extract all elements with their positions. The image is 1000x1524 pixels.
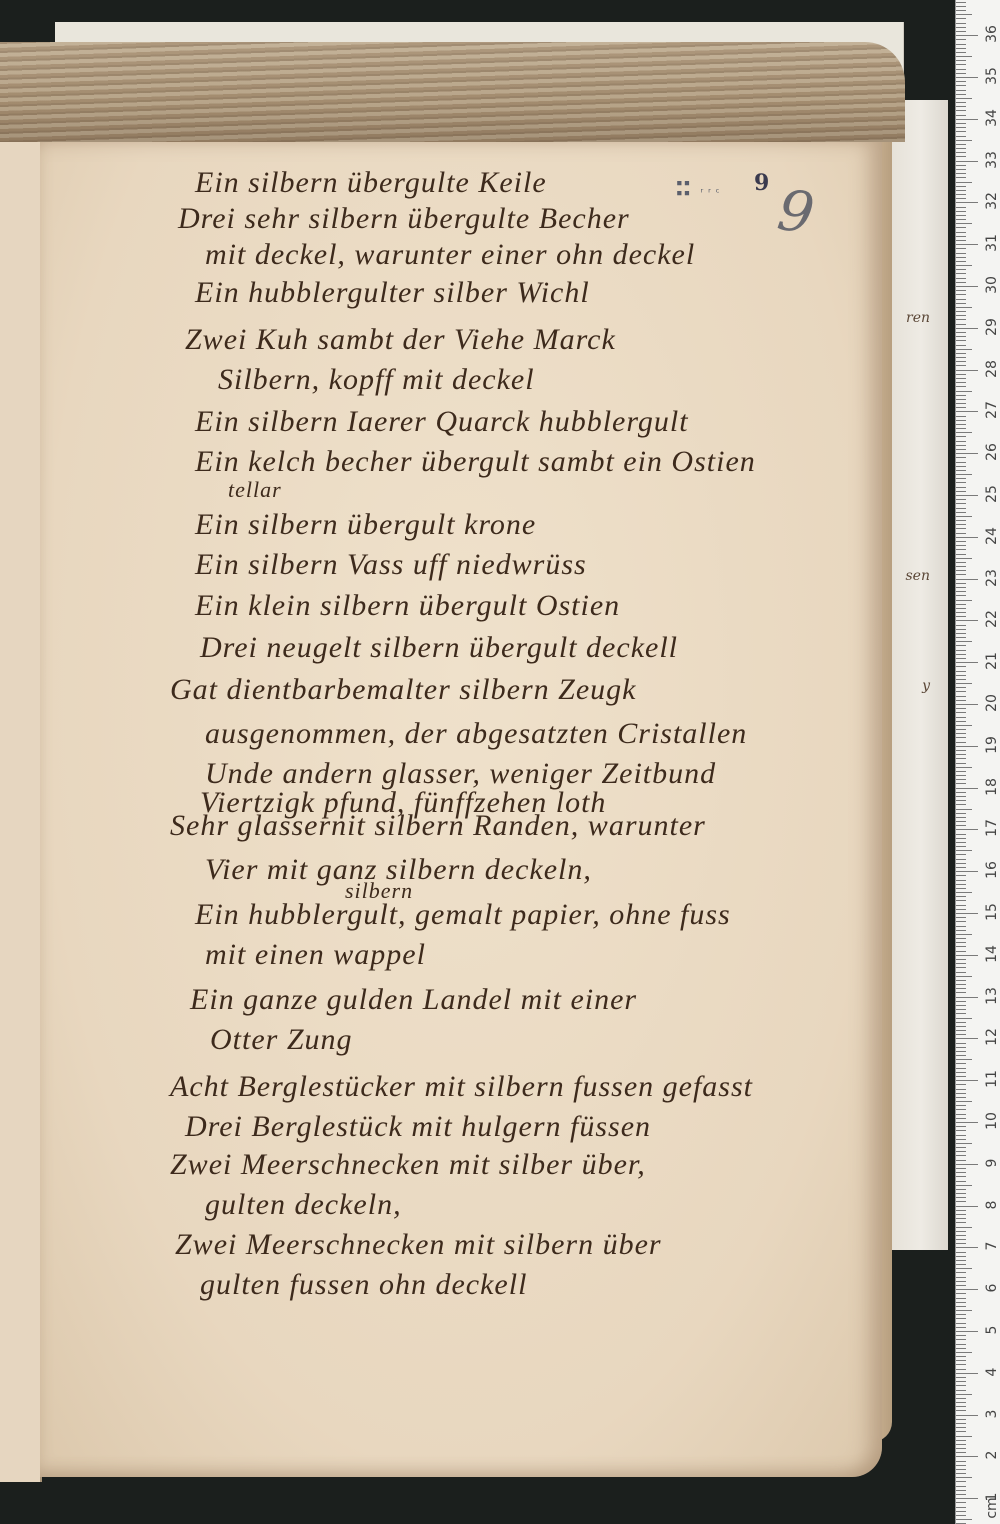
ruler-tick — [956, 382, 966, 383]
ruler-tick — [956, 537, 978, 538]
ruler-tick — [956, 763, 966, 764]
ruler-tick — [956, 863, 966, 864]
ruler-tick — [956, 1080, 978, 1081]
ruler-cm-label: 9 — [984, 1151, 1000, 1175]
ruler-tick — [956, 386, 966, 387]
manuscript-line: Ein silbern Vass uff niedwrüss — [195, 548, 587, 582]
ruler-tick — [956, 938, 966, 939]
ruler-tick — [956, 156, 966, 157]
ruler-tick — [956, 286, 978, 287]
ruler-tick — [956, 675, 966, 676]
ruler-tick — [956, 1147, 966, 1148]
manuscript-line: Ein silbern Iaerer Quarck hubblergult — [195, 405, 689, 439]
ruler-tick — [956, 136, 966, 137]
archive-stamp: ▪▪ ▪▪ ʳʳᶜ — [676, 178, 722, 198]
ruler-tick — [956, 1306, 966, 1307]
ruler-tick — [956, 1101, 972, 1102]
ruler-tick — [956, 834, 966, 835]
manuscript-line: Otter Zung — [210, 1023, 353, 1057]
ruler-tick — [956, 64, 966, 65]
ruler-tick — [956, 533, 966, 534]
ruler-cm-label: 24 — [984, 524, 1000, 548]
ruler-tick — [956, 896, 966, 897]
ruler-tick — [956, 1277, 966, 1278]
manuscript-line: Silbern, kopff mit deckel — [218, 363, 535, 397]
ruler-tick — [956, 1022, 966, 1023]
manuscript-line: gulten deckeln, — [205, 1188, 402, 1222]
ruler-tick — [956, 332, 966, 333]
ruler-cm-label: 28 — [984, 357, 1000, 381]
ruler-tick — [956, 1394, 972, 1395]
ruler-cm-label: 36 — [984, 22, 1000, 46]
ruler-tick — [956, 1456, 978, 1457]
ruler-tick — [956, 1055, 966, 1056]
ruler-tick — [956, 211, 966, 212]
ruler-tick — [956, 499, 966, 500]
ruler-cm-label: 32 — [984, 189, 1000, 213]
ruler-tick — [956, 1026, 966, 1027]
ruler-tick — [956, 746, 978, 747]
ruler-tick — [956, 1289, 978, 1290]
ruler-tick — [956, 930, 966, 931]
ruler-tick — [956, 173, 966, 174]
ruler-tick — [956, 829, 978, 830]
ruler-tick — [956, 148, 966, 149]
ruler-tick — [956, 194, 966, 195]
ruler-tick — [956, 257, 966, 258]
ruler-tick — [956, 1001, 966, 1002]
ruler-tick — [956, 1444, 966, 1445]
ruler-cm-label: 1 — [984, 1485, 1000, 1509]
ruler-cm-label: 12 — [984, 1025, 1000, 1049]
ruler-tick — [956, 69, 966, 70]
manuscript-line: Zwei Meerschnecken mit silbern über — [175, 1228, 662, 1262]
ruler-tick — [956, 311, 966, 312]
ruler-tick — [956, 921, 966, 922]
ruler-tick — [956, 1406, 966, 1407]
manuscript-line: Sehr glassernit silbern Randen, warunter — [170, 809, 706, 843]
ruler-tick — [956, 424, 966, 425]
ruler-tick — [956, 608, 966, 609]
ruler-tick — [956, 884, 966, 885]
manuscript-line: mit einen wappel — [205, 938, 426, 972]
ruler-tick — [956, 244, 978, 245]
ruler-tick — [956, 1093, 966, 1094]
ruler-tick — [956, 411, 978, 412]
ruler-tick — [956, 1364, 966, 1365]
ruler-tick — [956, 733, 966, 734]
ruler-tick — [956, 737, 966, 738]
ruler-tick — [956, 303, 966, 304]
ruler-tick — [956, 1498, 978, 1499]
ruler-tick — [956, 399, 966, 400]
ruler-tick — [956, 269, 966, 270]
ruler-tick — [956, 294, 966, 295]
ruler-tick — [956, 1155, 966, 1156]
ruler-tick — [956, 1348, 966, 1349]
ruler-tick — [956, 1239, 966, 1240]
ruler-tick — [956, 1452, 966, 1453]
ruler-tick — [956, 541, 966, 542]
ruler-tick — [956, 445, 966, 446]
ruler-tick — [956, 1377, 966, 1378]
ruler-tick — [956, 729, 966, 730]
ruler-tick — [956, 800, 966, 801]
ruler-tick — [956, 18, 966, 19]
ruler-tick — [956, 1051, 966, 1052]
ruler-tick — [956, 1490, 966, 1491]
ruler-tick — [956, 1318, 966, 1319]
ruler-tick — [956, 1160, 966, 1161]
ruler-tick — [956, 679, 966, 680]
ruler-tick — [956, 1135, 966, 1136]
ruler-tick — [956, 144, 966, 145]
ruler-tick — [956, 1047, 966, 1048]
ruler-tick — [956, 658, 966, 659]
ruler-tick — [956, 1281, 966, 1282]
ruler-tick — [956, 562, 966, 563]
ruler-tick — [956, 842, 966, 843]
ruler-tick — [956, 892, 972, 893]
ruler-tick — [956, 182, 972, 183]
ruler-tick — [956, 1247, 978, 1248]
ruler-tick — [956, 1118, 966, 1119]
ruler-tick — [956, 219, 966, 220]
ruler-tick — [956, 779, 966, 780]
ruler-tick — [956, 391, 972, 392]
ruler-tick — [956, 825, 966, 826]
ruler-tick — [956, 1235, 966, 1236]
ruler-tick — [956, 416, 966, 417]
ruler-tick — [956, 1494, 966, 1495]
ruler-tick — [956, 955, 978, 956]
ruler-cm-label: 33 — [984, 148, 1000, 172]
ruler-tick — [956, 946, 966, 947]
ruler-tick — [956, 1222, 966, 1223]
ruler-tick — [956, 1256, 966, 1257]
ruler-tick — [956, 771, 966, 772]
ruler-tick — [956, 620, 978, 621]
ruler-tick — [956, 1005, 966, 1006]
ruler-tick — [956, 1356, 966, 1357]
ruler-tick — [956, 44, 966, 45]
ruler-tick — [956, 1105, 966, 1106]
ruler-tick — [956, 645, 966, 646]
ruler-cm-label: 16 — [984, 858, 1000, 882]
ruler-tick — [956, 1185, 972, 1186]
ruler-tick — [956, 524, 966, 525]
ruler-cm-label: 5 — [984, 1318, 1000, 1342]
ruler-tick — [956, 992, 966, 993]
ruler-tick — [956, 951, 966, 952]
ruler-cm-label: 10 — [984, 1109, 1000, 1133]
ruler-tick — [956, 299, 966, 300]
ruler-tick — [956, 370, 978, 371]
ruler-tick — [956, 1360, 966, 1361]
ruler-tick — [956, 520, 966, 521]
ruler-tick — [956, 307, 972, 308]
ruler-tick — [956, 813, 966, 814]
ruler-tick — [956, 687, 966, 688]
ruler-cm-label: 21 — [984, 649, 1000, 673]
ruler-tick — [956, 1373, 978, 1374]
ruler-tick — [956, 115, 966, 116]
ruler-tick — [956, 265, 972, 266]
ruler-tick — [956, 470, 966, 471]
ruler-tick — [956, 278, 966, 279]
ruler-tick — [956, 976, 972, 977]
ruler-tick — [956, 1431, 966, 1432]
ruler-tick — [956, 361, 966, 362]
ruler-tick — [956, 1310, 972, 1311]
ruler-tick — [956, 35, 978, 36]
ruler-tick — [956, 913, 978, 914]
ruler-tick — [956, 1084, 966, 1085]
ruler-tick — [956, 240, 966, 241]
ruler-cm-label: 15 — [984, 900, 1000, 924]
ruler-tick — [956, 963, 966, 964]
ruler-tick — [956, 102, 966, 103]
ruler-tick — [956, 1189, 966, 1190]
ruler-tick — [956, 248, 966, 249]
ruler-tick — [956, 742, 966, 743]
manuscript-line: Gat dientbarbemalter silbern Zeugk — [170, 673, 636, 707]
ruler-tick — [956, 792, 966, 793]
ruler-tick — [956, 1427, 966, 1428]
ruler-tick — [956, 328, 978, 329]
ruler-tick — [956, 662, 978, 663]
ruler-tick — [956, 934, 972, 935]
ruler-tick — [956, 349, 972, 350]
ruler-tick — [956, 420, 966, 421]
ruler-tick — [956, 1059, 972, 1060]
ruler-tick — [956, 566, 966, 567]
ruler-tick — [956, 236, 966, 237]
ruler-tick — [956, 436, 966, 437]
ruler-tick — [956, 691, 966, 692]
ruler-tick — [956, 980, 966, 981]
ruler-tick — [956, 165, 966, 166]
ruler-tick — [956, 232, 966, 233]
ruler-tick — [956, 466, 966, 467]
ruler-tick — [956, 859, 966, 860]
ruler-tick — [956, 616, 966, 617]
ruler-tick — [956, 591, 966, 592]
ruler-tick — [956, 1481, 966, 1482]
ruler-tick — [956, 1465, 966, 1466]
ruler-tick — [956, 1097, 966, 1098]
ruler-tick — [956, 39, 966, 40]
ruler-cm-label: 30 — [984, 273, 1000, 297]
ruler-tick — [956, 94, 966, 95]
ruler-cm-label: 8 — [984, 1193, 1000, 1217]
ruler-cm-label: 2 — [984, 1443, 1000, 1467]
ruler-tick — [956, 1344, 966, 1345]
ruler-tick — [956, 123, 966, 124]
ruler-tick — [956, 253, 966, 254]
ruler-tick — [956, 131, 966, 132]
ruler-tick — [956, 604, 966, 605]
ruler-tick — [956, 457, 966, 458]
ruler-tick — [956, 453, 978, 454]
ruler-cm-label: 4 — [984, 1360, 1000, 1384]
ruler-cm-label: 27 — [984, 398, 1000, 422]
ruler-tick — [956, 1089, 966, 1090]
manuscript-line: Ein silbern übergult krone — [195, 508, 536, 542]
ruler-tick — [956, 997, 978, 998]
ruler-tick — [956, 558, 972, 559]
ruler-tick — [956, 696, 966, 697]
ruler-tick — [956, 403, 966, 404]
ruler-tick — [956, 474, 972, 475]
ruler-tick — [956, 1243, 966, 1244]
ruler-tick — [956, 261, 966, 262]
ruler-tick — [956, 1206, 978, 1207]
ruler-tick — [956, 1415, 978, 1416]
ruler-tick — [956, 495, 978, 496]
ruler-tick — [956, 441, 966, 442]
ruler-cm-label: 11 — [984, 1067, 1000, 1091]
ruler-tick — [956, 319, 966, 320]
ruler-cm-label: 18 — [984, 775, 1000, 799]
ruler-tick — [956, 1164, 978, 1165]
printed-folio-number: 9 — [754, 170, 769, 196]
ruler-tick — [956, 365, 966, 366]
ruler-tick — [956, 817, 966, 818]
ruler-tick — [956, 871, 978, 872]
ruler-tick — [956, 1511, 966, 1512]
ruler-tick — [956, 875, 966, 876]
ruler-tick — [956, 1013, 966, 1014]
manuscript-line: Ein kelch becher übergult sambt ein Osti… — [195, 445, 756, 479]
ruler-tick — [956, 570, 966, 571]
ruler-tick — [956, 650, 966, 651]
ruler-tick — [956, 1043, 966, 1044]
ruler-tick — [956, 223, 972, 224]
ruler-tick — [956, 683, 972, 684]
ruler-tick — [956, 1381, 966, 1382]
ruler-tick — [956, 52, 966, 53]
ruler-tick — [956, 1168, 966, 1169]
ruler-tick — [956, 110, 966, 111]
ruler-tick — [956, 6, 966, 7]
ruler-tick — [956, 1151, 966, 1152]
manuscript-line: Ein ganze gulden Landel mit einer — [190, 983, 637, 1017]
ruler-tick — [956, 1327, 966, 1328]
ruler-tick — [956, 1390, 966, 1391]
ruler-tick — [956, 1298, 966, 1299]
ruler-tick — [956, 345, 966, 346]
ruler-tick — [956, 712, 966, 713]
ruler-tick — [956, 491, 966, 492]
ruler-tick — [956, 1181, 966, 1182]
ruler-tick — [956, 1109, 966, 1110]
ruler-tick — [956, 1114, 966, 1115]
ruler-tick — [956, 407, 966, 408]
ruler-tick — [956, 804, 966, 805]
ruler-tick — [956, 1030, 966, 1031]
left-page-edge — [0, 142, 42, 1482]
ruler-tick — [956, 1252, 966, 1253]
ruler-tick — [956, 85, 966, 86]
ruler-tick — [956, 758, 966, 759]
ruler-tick — [956, 1469, 966, 1470]
ruler-tick — [956, 549, 966, 550]
ruler-tick — [956, 579, 978, 580]
ruler-tick — [956, 708, 966, 709]
ruler-tick — [956, 595, 966, 596]
ruler-tick — [956, 340, 966, 341]
ruler-tick — [956, 775, 966, 776]
ruler-tick — [956, 1176, 966, 1177]
ruler-cm-label: 34 — [984, 106, 1000, 130]
measurement-ruler: cm 1234567891011121314151617181920212223… — [955, 0, 1000, 1524]
ruler-tick — [956, 1063, 966, 1064]
ruler-tick — [956, 10, 966, 11]
ruler-tick — [956, 1076, 966, 1077]
ruler-tick — [956, 574, 966, 575]
ruler-tick — [956, 1214, 966, 1215]
ruler-tick — [956, 56, 972, 57]
ruler-tick — [956, 666, 966, 667]
ruler-tick — [956, 984, 966, 985]
ruler-tick — [956, 1139, 966, 1140]
ruler-tick — [956, 462, 966, 463]
loose-sheet-text-fragment: ren — [906, 310, 930, 326]
ruler-tick — [956, 119, 978, 120]
ruler-tick — [956, 516, 972, 517]
ruler-tick — [956, 14, 972, 15]
ruler-tick — [956, 1477, 972, 1478]
ruler-tick — [956, 48, 966, 49]
ruler-tick — [956, 1143, 972, 1144]
ruler-tick — [956, 1201, 966, 1202]
ruler-tick — [956, 1331, 978, 1332]
ruler-cm-label: 35 — [984, 64, 1000, 88]
ruler-tick — [956, 1402, 966, 1403]
ruler-tick — [956, 783, 966, 784]
ruler-tick — [956, 1193, 966, 1194]
ruler-tick — [956, 600, 972, 601]
ruler-tick — [956, 1034, 966, 1035]
ruler-tick — [956, 633, 966, 634]
ruler-tick — [956, 273, 966, 274]
ruler-tick — [956, 821, 966, 822]
ruler-tick — [956, 909, 966, 910]
ruler-tick — [956, 1172, 966, 1173]
ruler-tick — [956, 1009, 966, 1010]
ruler-tick — [956, 854, 966, 855]
ruler-tick — [956, 1018, 972, 1019]
ruler-tick — [956, 169, 966, 170]
ruler-tick — [956, 1285, 966, 1286]
ruler-tick — [956, 545, 966, 546]
ruler-tick — [956, 324, 966, 325]
ruler-tick — [956, 202, 978, 203]
manuscript-line: gulten fussen ohn deckell — [200, 1268, 527, 1302]
ruler-tick — [956, 1264, 966, 1265]
ruler-tick — [956, 31, 966, 32]
ruler-tick — [956, 625, 966, 626]
manuscript-line: Drei neugelt silbern übergult deckell — [200, 631, 678, 665]
ruler-tick — [956, 1272, 966, 1273]
ruler-cm-label: 20 — [984, 691, 1000, 715]
ruler-tick — [956, 1473, 966, 1474]
ruler-tick — [956, 629, 966, 630]
ruler-tick — [956, 587, 966, 588]
ruler-tick — [956, 77, 978, 78]
ruler-tick — [956, 967, 966, 968]
